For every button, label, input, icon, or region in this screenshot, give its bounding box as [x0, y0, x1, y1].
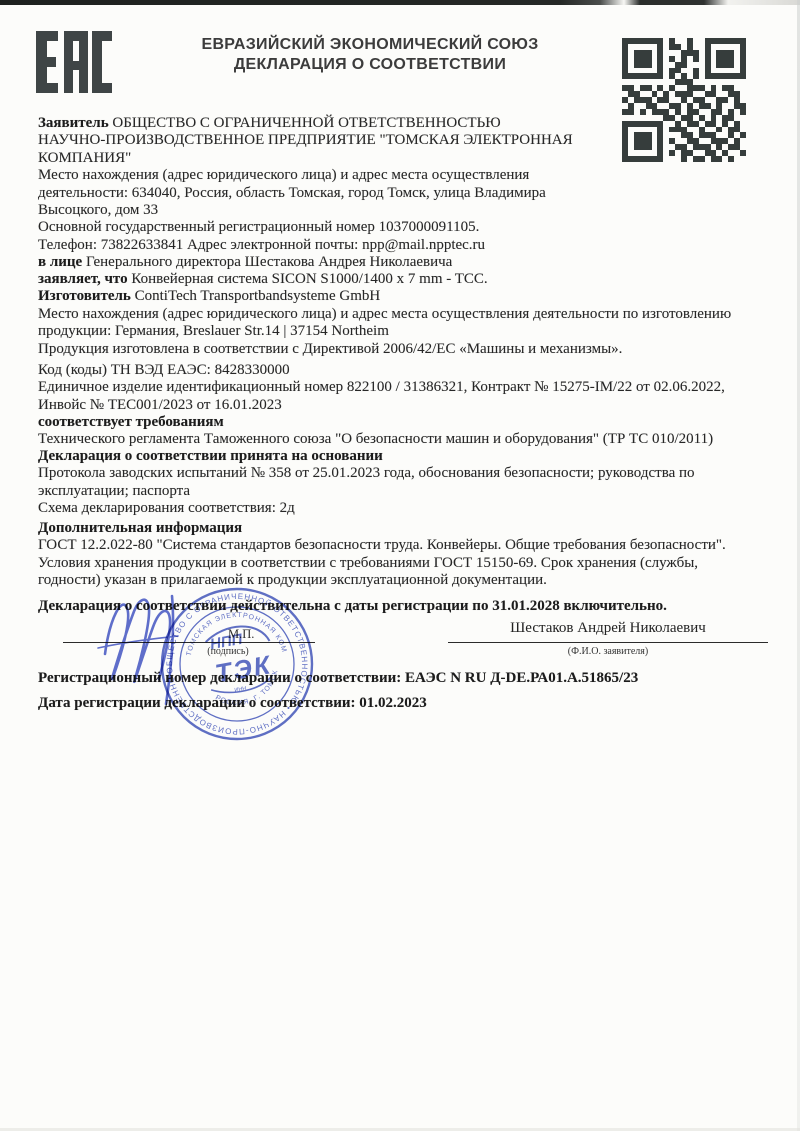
text-line: Протокола заводских испытаний № 358 от 2…	[38, 465, 778, 482]
text-line: ГОСТ 12.2.022-80 "Система стандартов без…	[38, 537, 778, 554]
text-line: Высоцкого, дом 33	[38, 202, 778, 219]
title-declaration: ДЕКЛАРАЦИЯ О СООТВЕТСТВИИ	[150, 55, 590, 75]
text-line: Дополнительная информация	[38, 520, 778, 537]
document-title: ЕВРАЗИЙСКИЙ ЭКОНОМИЧЕСКИЙ СОЮЗ ДЕКЛАРАЦИ…	[150, 35, 590, 75]
text-line: деятельности: 634040, Россия, область То…	[38, 185, 778, 202]
extra-info-section: Дополнительная информацияГОСТ 12.2.022-8…	[38, 520, 778, 590]
text-line: Изготовитель ContiTech Transportbandsyst…	[38, 288, 778, 305]
fio-line	[448, 642, 768, 643]
text-line: продукции: Германия, Breslauer Str.14 | …	[38, 323, 778, 340]
text-line: заявляет, что Конвейерная система SICON …	[38, 271, 778, 288]
text-line: Условия хранения продукции в соответстви…	[38, 555, 778, 572]
text-line: соответствует требованиям	[38, 414, 778, 431]
text-line: Декларация о соответствии принята на осн…	[38, 448, 778, 465]
text-line: Место нахождения (адрес юридического лиц…	[38, 167, 778, 184]
text-line: Заявитель ОБЩЕСТВО С ОГРАНИЧЕННОЙ ОТВЕТС…	[38, 115, 778, 132]
text-line: НАУЧНО-ПРОИЗВОДСТВЕННОЕ ПРЕДПРИЯТИЕ "ТОМ…	[38, 132, 778, 149]
text-line: Технического регламента Таможенного союз…	[38, 431, 778, 448]
seal-stamp: ОБЩЕСТВО С ОГРАНИЧЕННОЙ ОТВЕТСТВЕННОСТЬЮ…	[152, 579, 322, 749]
text-line: КОМПАНИЯ"	[38, 150, 778, 167]
text-line: Место нахождения (адрес юридического лиц…	[38, 306, 778, 323]
text-line: эксплуатации; паспорта	[38, 483, 778, 500]
codes-section: Код (коды) ТН ВЭД ЕАЭС: 8428330000Единич…	[38, 362, 778, 414]
text-line: Продукция изготовлена в соответствии с Д…	[38, 341, 778, 358]
text-line: Телефон: 73822633841 Адрес электронной п…	[38, 237, 778, 254]
fio-caption: (Ф.И.О. заявителя)	[448, 646, 768, 657]
applicant-section: Заявитель ОБЩЕСТВО С ОГРАНИЧЕННОЙ ОТВЕТС…	[38, 115, 778, 272]
text-line: Схема декларирования соответствия: 2д	[38, 500, 778, 517]
compliance-section: соответствует требованиямТехнического ре…	[38, 414, 778, 449]
fio-name: Шестаков Андрей Николаевич	[448, 620, 768, 637]
eac-mark-icon	[36, 31, 112, 93]
text-line: Инвойс № ТЕС001/2023 от 16.01.2023	[38, 397, 778, 414]
basis-section: Декларация о соответствии принята на осн…	[38, 448, 778, 518]
text-line: в лице Генерального директора Шестакова …	[38, 254, 778, 271]
title-union: ЕВРАЗИЙСКИЙ ЭКОНОМИЧЕСКИЙ СОЮЗ	[150, 35, 590, 55]
text-line: Единичное изделие идентификационный номе…	[38, 379, 778, 396]
text-line: Код (коды) ТН ВЭД ЕАЭС: 8428330000	[38, 362, 778, 379]
text-line: Основной государственный регистрационный…	[38, 219, 778, 236]
product-section: заявляет, что Конвейерная система SICON …	[38, 271, 778, 358]
scan-edge-top	[0, 0, 800, 5]
declaration-document: ЕВРАЗИЙСКИЙ ЭКОНОМИЧЕСКИЙ СОЮЗ ДЕКЛАРАЦИ…	[0, 0, 800, 1131]
